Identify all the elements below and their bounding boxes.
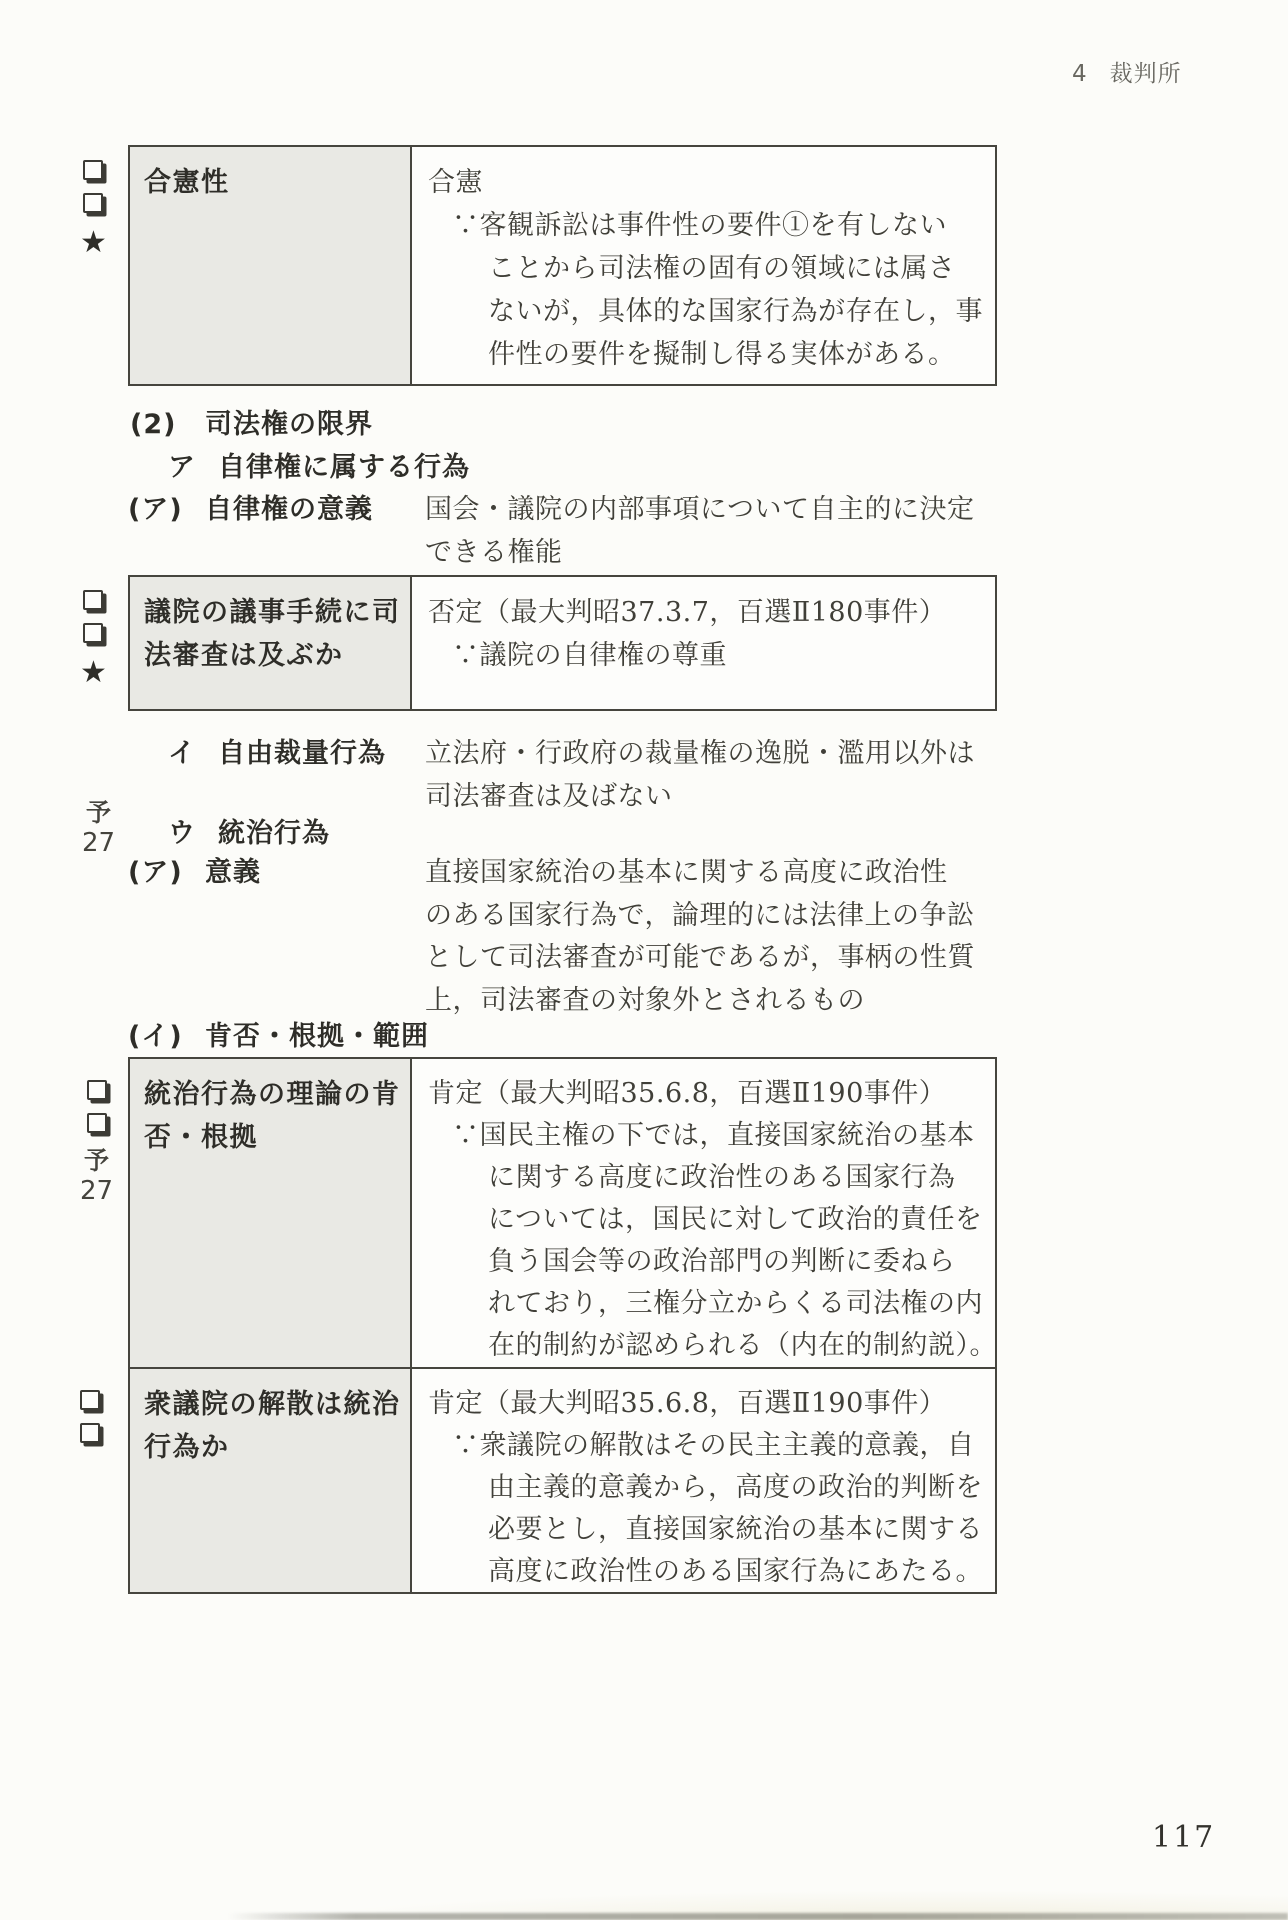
- definition-line: 肯定（最大判昭35.6.8，百選Ⅱ190事件）: [428, 1073, 997, 1115]
- checkbox-icon: [80, 1423, 100, 1443]
- heading-free-discretion: イ 自由裁量行為: [168, 737, 196, 771]
- definition-line: に関する高度に政治性のある国家行為: [428, 1157, 997, 1199]
- definition-line: ∵客観訴訟は事件性の要件①を有しない: [428, 204, 987, 247]
- definition-line: 肯定（最大判昭35.6.8，百選Ⅱ190事件）: [428, 1383, 987, 1425]
- heading-title: 自律権に属する行為: [218, 451, 470, 485]
- term-text: 議院の議事手続に司: [144, 591, 404, 634]
- heading-autonomy-acts: ア 自律権に属する行為: [168, 451, 196, 485]
- heading-title: 司法権の限界: [205, 408, 373, 442]
- definition-line: 必要とし，直接国家統治の基本に関する: [428, 1509, 987, 1551]
- margin-marks-table4: [80, 1390, 100, 1456]
- term-text: 衆議院の解散は統治: [144, 1383, 404, 1426]
- definition-line: 由主義的意義から，高度の政治的判断を: [428, 1467, 987, 1509]
- chapter-number: 4: [1072, 61, 1088, 87]
- definition-line: のある国家行為で，論理的には法律上の争訟: [425, 899, 974, 933]
- heading-label: ア: [168, 452, 196, 483]
- yo-mark: 予: [84, 1146, 109, 1176]
- definition-line: 高度に政治性のある国家行為にあたる。: [428, 1551, 987, 1593]
- heading-label: ウ: [168, 818, 196, 849]
- definition-cell: 肯定（最大判昭35.6.8，百選Ⅱ190事件） ∵国民主権の下では，直接国家統治…: [412, 1059, 1005, 1367]
- heading-act-of-state-scope: (イ) 肯否・根拠・範囲: [128, 1020, 183, 1054]
- heading-title: 統治行為: [218, 817, 330, 851]
- definition-line: として司法審査が可能であるが，事柄の性質: [425, 941, 975, 975]
- yo-number: 27: [80, 1176, 113, 1206]
- margin-marks-table2: ★: [80, 590, 107, 688]
- definition-line: 否定（最大判昭37.3.7，百選Ⅱ180事件）: [428, 591, 987, 634]
- heading-autonomy-meaning: (ア) 自律権の意義: [128, 493, 183, 527]
- document-page: 4裁判所 ★ 合憲性 合憲 ∵客観訴訟は事件性の要件①を有しない ことから司法権…: [0, 0, 1288, 1920]
- margin-marks-table3: 予 27: [80, 1080, 113, 1206]
- definition-line: 立法府・行政府の裁量権の逸脱・濫用以外は: [425, 737, 975, 771]
- yo-mark: 予: [86, 798, 111, 828]
- heading-label: (2): [130, 409, 176, 440]
- yo-number: 27: [82, 828, 115, 858]
- heading-title: 意義: [205, 856, 261, 890]
- definition-line: れており，三権分立からくる司法権の内: [428, 1283, 997, 1325]
- definition-line: ∵衆議院の解散はその民主主義的意義，自: [428, 1425, 987, 1467]
- star-icon: ★: [80, 228, 107, 258]
- definition-line: 在的制約が認められる（内在的制約説）。: [428, 1325, 997, 1367]
- heading-act-of-state: ウ 統治行為: [168, 817, 196, 851]
- definition-line: ことから司法権の固有の領域には属さ: [428, 247, 987, 290]
- heading-title: 自由裁量行為: [218, 737, 386, 771]
- margin-mark-yo27: 予 27: [82, 798, 115, 858]
- definition-line: できる権能: [425, 536, 563, 570]
- term-cell: 合憲性: [130, 147, 412, 384]
- checkbox-icon: [87, 1080, 107, 1100]
- definition-cell: 肯定（最大判昭35.6.8，百選Ⅱ190事件） ∵衆議院の解散はその民主主義的意…: [412, 1369, 995, 1592]
- heading-act-of-state-meaning: (ア) 意義: [128, 856, 183, 890]
- heading-title: 自律権の意義: [205, 493, 373, 527]
- checkbox-icon: [87, 1113, 107, 1133]
- term-text: 統治行為の理論の肯: [144, 1073, 404, 1116]
- definition-cell: 合憲 ∵客観訴訟は事件性の要件①を有しない ことから司法権の固有の領域には属さ …: [412, 147, 995, 384]
- margin-marks-table1: ★: [80, 160, 107, 258]
- table-row-dissolution: 衆議院の解散は統治 行為か 肯定（最大判昭35.6.8，百選Ⅱ190事件） ∵衆…: [130, 1367, 995, 1592]
- definition-line: ∵国民主権の下では，直接国家統治の基本: [428, 1115, 997, 1157]
- table-row: 合憲性 合憲 ∵客観訴訟は事件性の要件①を有しない ことから司法権の固有の領域に…: [130, 147, 995, 384]
- heading-label: (ア): [128, 857, 183, 888]
- checkbox-icon: [83, 193, 103, 213]
- table-row: 議院の議事手続に司 法審査は及ぶか 否定（最大判昭37.3.7，百選Ⅱ180事件…: [130, 577, 995, 709]
- definition-line: ∵議院の自律権の尊重: [428, 634, 987, 677]
- definition-line: 合憲: [428, 161, 987, 204]
- table-act-of-state: 統治行為の理論の肯 否・根拠 肯定（最大判昭35.6.8，百選Ⅱ190事件） ∵…: [128, 1057, 997, 1594]
- term-text: 行為か: [144, 1426, 404, 1469]
- page-number: 117: [1152, 1820, 1215, 1855]
- checkbox-icon: [80, 1390, 100, 1410]
- term-cell: 衆議院の解散は統治 行為か: [130, 1369, 412, 1592]
- definition-line: 国会・議院の内部事項について自主的に決定: [425, 493, 974, 527]
- running-header: 4裁判所: [1072, 55, 1182, 88]
- chapter-title: 裁判所: [1110, 61, 1182, 87]
- definition-line: 司法審査は及ばない: [425, 780, 673, 814]
- heading-judicial-limits: (2) 司法権の限界: [130, 408, 176, 442]
- star-icon: ★: [80, 658, 107, 688]
- table-constitutionality: 合憲性 合憲 ∵客観訴訟は事件性の要件①を有しない ことから司法権の固有の領域に…: [128, 145, 997, 386]
- term-text: 否・根拠: [144, 1116, 404, 1159]
- definition-line: 負う国会等の政治部門の判断に委ねら: [428, 1241, 997, 1283]
- term-cell: 議院の議事手続に司 法審査は及ぶか: [130, 577, 412, 709]
- term-text: 法審査は及ぶか: [144, 634, 404, 677]
- term-text: 合憲性: [144, 161, 404, 204]
- definition-line: 直接国家統治の基本に関する高度に政治性: [425, 856, 948, 890]
- definition-line: 件性の要件を擬制し得る実体がある。: [428, 333, 987, 376]
- heading-label: イ: [168, 738, 196, 769]
- checkbox-icon: [83, 160, 103, 180]
- checkbox-icon: [83, 623, 103, 643]
- table-row-theory: 統治行為の理論の肯 否・根拠 肯定（最大判昭35.6.8，百選Ⅱ190事件） ∵…: [130, 1059, 995, 1367]
- definition-line: ないが，具体的な国家行為が存在し，事: [428, 290, 987, 333]
- heading-title: 肯否・根拠・範囲: [205, 1020, 429, 1054]
- heading-label: (イ): [128, 1021, 183, 1052]
- table-diet-procedure-review: 議院の議事手続に司 法審査は及ぶか 否定（最大判昭37.3.7，百選Ⅱ180事件…: [128, 575, 997, 711]
- checkbox-icon: [83, 590, 103, 610]
- definition-line: 上，司法審査の対象外とされるもの: [425, 984, 865, 1018]
- definition-line: については，国民に対して政治的責任を: [428, 1199, 997, 1241]
- heading-label: (ア): [128, 494, 183, 525]
- scan-edge: [228, 1913, 1288, 1920]
- definition-cell: 否定（最大判昭37.3.7，百選Ⅱ180事件） ∵議院の自律権の尊重: [412, 577, 995, 709]
- term-cell: 統治行為の理論の肯 否・根拠: [130, 1059, 412, 1367]
